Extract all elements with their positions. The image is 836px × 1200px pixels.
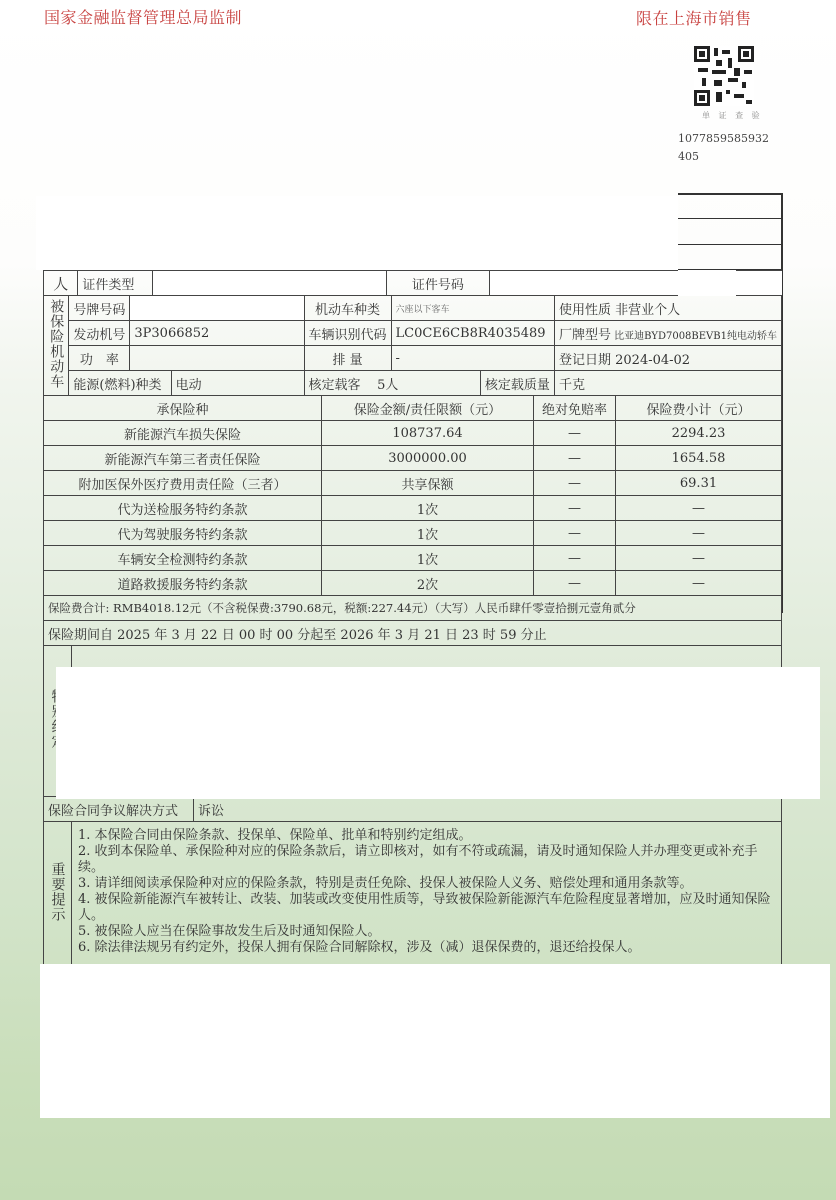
table-row: 新能源汽车损失保险 108737.64 — 2294.23 <box>44 421 782 446</box>
usage-label: 使用性质 <box>559 303 611 318</box>
coverage-premium: 1654.58 <box>616 446 782 471</box>
seats-value: 5人 <box>377 378 398 393</box>
redaction-box <box>40 964 830 1118</box>
energy-value: 电动 <box>171 371 304 396</box>
redaction-box <box>678 270 736 296</box>
table-border <box>678 218 783 219</box>
col-header-premium: 保险费小计（元） <box>616 396 782 421</box>
coverage-premium: — <box>616 521 782 546</box>
dispute-section: 保险合同争议解决方式 诉讼 <box>43 796 782 822</box>
model-cell: 厂牌型号 比亚迪BYD7008BEVB1纯电动轿车 <box>554 321 781 346</box>
table-row: 代为驾驶服务特约条款 1次 — — <box>44 521 782 546</box>
reg-date-value: 2024-04-02 <box>615 353 690 368</box>
coverage-name: 车辆安全检测特约条款 <box>44 546 322 571</box>
dispute-value: 诉讼 <box>194 797 782 822</box>
insured-side-label: 人 <box>44 271 78 296</box>
policy-number: 1077859585932 405 <box>678 130 769 166</box>
coverage-amount: 1次 <box>322 546 534 571</box>
coverage-deductible: — <box>534 496 616 521</box>
id-type-value <box>153 271 386 296</box>
note-item: 3. 请详细阅读承保险种对应的保险条款，特别是责任免除、投保人被保险人义务、赔偿… <box>78 876 775 892</box>
note-item: 6. 除法律法规另有约定外，投保人拥有保险合同解除权，涉及（减）退保保费的，退还… <box>78 940 775 956</box>
displacement-value: - <box>391 346 554 371</box>
coverage-amount: 1次 <box>322 496 534 521</box>
coverage-name: 道路救援服务特约条款 <box>44 571 322 596</box>
qr-caption: 单 证 查 验 <box>702 110 763 121</box>
table-row: 道路救援服务特约条款 2次 — — <box>44 571 782 596</box>
model-value: 比亚迪BYD7008BEVB1纯电动轿车 <box>614 331 777 342</box>
usage-cell: 使用性质 非营业个人 <box>554 296 781 321</box>
vehicle-type-label: 机动车种类 <box>304 296 391 321</box>
vehicle-side-label: 被保险机动车 <box>44 296 69 396</box>
vehicle-section: 被保险机动车 号牌号码 机动车种类 六座以下客车 使用性质 非营业个人 发动机号… <box>43 295 782 396</box>
policy-table: 人 证件类型 证件号码 被保险机动车 号牌号码 机动车种类 六座以下客车 使用性… <box>43 270 782 1043</box>
table-row: 代为送检服务特约条款 1次 — — <box>44 496 782 521</box>
col-header-deductible: 绝对免赔率 <box>534 396 616 421</box>
reg-date-label: 登记日期 <box>559 353 611 368</box>
col-header-coverage: 承保险种 <box>44 396 322 421</box>
table-border <box>678 193 783 195</box>
engine-value: 3P3066852 <box>130 321 304 346</box>
coverage-amount: 共享保额 <box>322 471 534 496</box>
insured-person-section: 人 证件类型 证件号码 <box>43 270 782 296</box>
coverage-deductible: — <box>534 546 616 571</box>
coverage-premium: — <box>616 496 782 521</box>
coverage-premium: — <box>616 546 782 571</box>
coverage-header-row: 承保险种 保险金额/责任限额（元） 绝对免赔率 保险费小计（元） <box>44 396 782 421</box>
coverage-deductible: — <box>534 521 616 546</box>
id-type-label: 证件类型 <box>78 271 153 296</box>
vehicle-type-value: 六座以下客车 <box>391 296 554 321</box>
coverage-name: 新能源汽车损失保险 <box>44 421 322 446</box>
note-item: 2. 收到本保险单、承保险种对应的保险条款后，请立即核对，如有不符或疏漏，请及时… <box>78 844 775 876</box>
table-row: 车辆安全检测特约条款 1次 — — <box>44 546 782 571</box>
coverage-deductible: — <box>534 446 616 471</box>
sales-region-label: 限在上海市销售 <box>636 6 752 29</box>
coverage-name: 代为送检服务特约条款 <box>44 496 322 521</box>
plate-value <box>130 296 304 321</box>
premium-total: 保险费合计: RMB4018.12元（不含税保费:3790.68元，税额:227… <box>44 596 782 621</box>
col-header-amount: 保险金额/责任限额（元） <box>322 396 534 421</box>
note-item: 4. 被保险新能源汽车被转让、改装、加装或改变使用性质等，导致被保险新能源汽车危… <box>78 892 775 924</box>
model-label: 厂牌型号 <box>559 328 611 343</box>
coverage-premium: 2294.23 <box>616 421 782 446</box>
coverage-amount: 108737.64 <box>322 421 534 446</box>
coverage-amount: 3000000.00 <box>322 446 534 471</box>
coverage-premium: 69.31 <box>616 471 782 496</box>
vin-value: LC0CE6CB8R4035489 <box>391 321 554 346</box>
id-number-label: 证件号码 <box>386 271 489 296</box>
coverage-name: 新能源汽车第三者责任保险 <box>44 446 322 471</box>
summary-section: 保险费合计: RMB4018.12元（不含税保费:3790.68元，税额:227… <box>43 595 782 646</box>
usage-value: 非营业个人 <box>615 303 680 318</box>
table-row: 附加医保外医疗费用责任险（三者） 共享保额 — 69.31 <box>44 471 782 496</box>
dispute-label: 保险合同争议解决方式 <box>44 797 194 822</box>
plate-label: 号牌号码 <box>69 296 130 321</box>
power-value <box>130 346 304 371</box>
reg-date-cell: 登记日期 2024-04-02 <box>554 346 781 371</box>
id-number-value <box>490 271 782 296</box>
vin-label: 车辆识别代码 <box>304 321 391 346</box>
note-item: 1. 本保险合同由保险条款、投保单、保险单、批单和特别约定组成。 <box>78 828 775 844</box>
energy-label: 能源(燃料)种类 <box>69 371 171 396</box>
coverage-name: 附加医保外医疗费用责任险（三者） <box>44 471 322 496</box>
qr-code-icon[interactable] <box>694 46 754 106</box>
displacement-label: 排 量 <box>304 346 391 371</box>
redaction-box <box>56 667 820 799</box>
seats-label: 核定载客 <box>309 378 361 393</box>
seats-cell: 核定载客 5人 <box>304 371 480 396</box>
engine-label: 发动机号 <box>69 321 130 346</box>
coverage-table: 承保险种 保险金额/责任限额（元） 绝对免赔率 保险费小计（元） 新能源汽车损失… <box>43 395 782 596</box>
load-label: 核定载质量 <box>480 371 554 396</box>
coverage-deductible: — <box>534 471 616 496</box>
insurance-period: 保险期间自 2025 年 3 月 22 日 00 时 00 分起至 2026 年… <box>44 621 782 646</box>
note-item: 5. 被保险人应当在保险事故发生后及时通知保险人。 <box>78 924 775 940</box>
coverage-premium: — <box>616 571 782 596</box>
coverage-amount: 1次 <box>322 521 534 546</box>
table-row: 新能源汽车第三者责任保险 3000000.00 — 1654.58 <box>44 446 782 471</box>
coverage-deductible: — <box>534 571 616 596</box>
table-border <box>678 244 783 245</box>
load-value: 千克 <box>554 371 781 396</box>
regulator-label: 国家金融监督管理总局监制 <box>44 5 242 28</box>
coverage-deductible: — <box>534 421 616 446</box>
power-label: 功 率 <box>69 346 130 371</box>
redaction-box <box>36 196 678 270</box>
coverage-amount: 2次 <box>322 571 534 596</box>
coverage-name: 代为驾驶服务特约条款 <box>44 521 322 546</box>
